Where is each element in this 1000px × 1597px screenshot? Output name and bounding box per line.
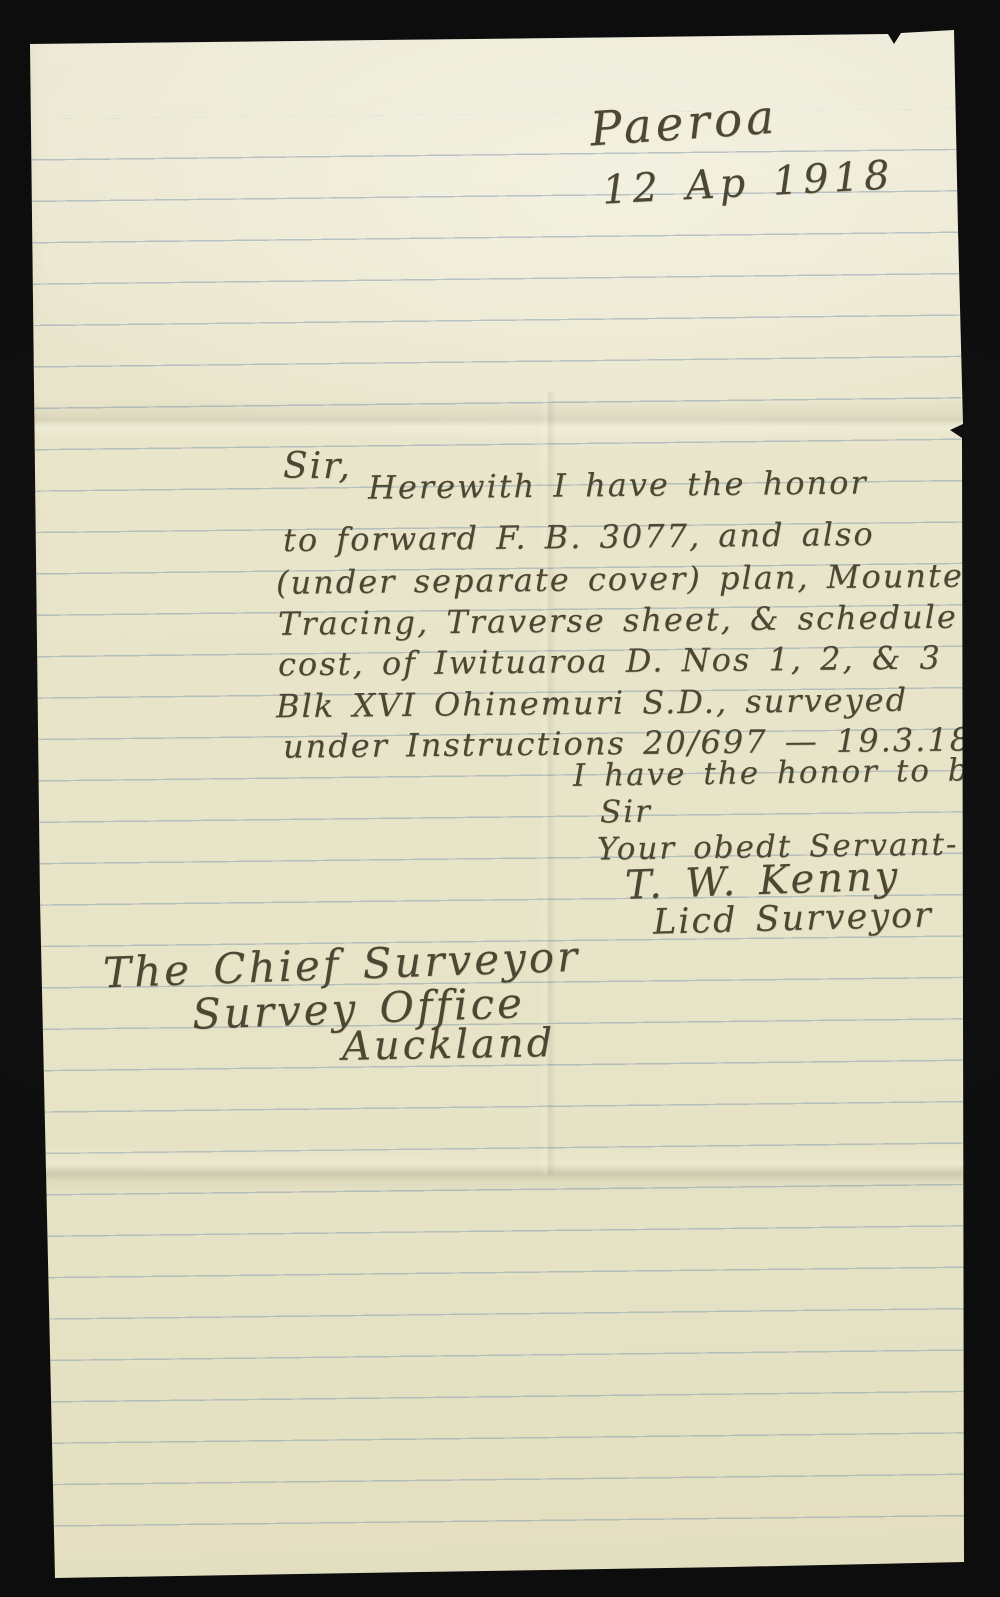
- letter-paper: Paeroa 12 Ap 1918 Sir, Herewith I have t…: [0, 0, 1000, 1597]
- closing-line-1: I have the honor to be: [573, 752, 990, 794]
- body-line-4: Tracing, Traverse sheet, & schedule of: [278, 597, 1000, 643]
- body-line-1: Herewith I have the honor: [368, 463, 868, 506]
- recipient-line-3: Auckland: [342, 1020, 556, 1070]
- letter-date: 12 Ap 1918: [601, 152, 896, 213]
- body-line-5: cost, of Iwituaroa D. Nos 1, 2, & 3: [278, 639, 942, 684]
- signature-role: Licd Surveyor: [653, 895, 934, 942]
- closing-line-2: Sir: [600, 794, 652, 831]
- letter-salutation: Sir,: [283, 446, 352, 487]
- body-line-2: to forward F. B. 3077, and also: [283, 515, 875, 559]
- photograph-background: Paeroa 12 Ap 1918 Sir, Herewith I have t…: [0, 0, 1000, 1597]
- body-line-6: Blk XVI Ohinemuri S.D., surveyed: [276, 681, 908, 726]
- letter-place: Paeroa: [588, 90, 780, 158]
- handwritten-text-layer: Paeroa 12 Ap 1918 Sir, Herewith I have t…: [0, 0, 1000, 1597]
- body-line-3: (under separate cover) plan, Mounted: [276, 556, 987, 601]
